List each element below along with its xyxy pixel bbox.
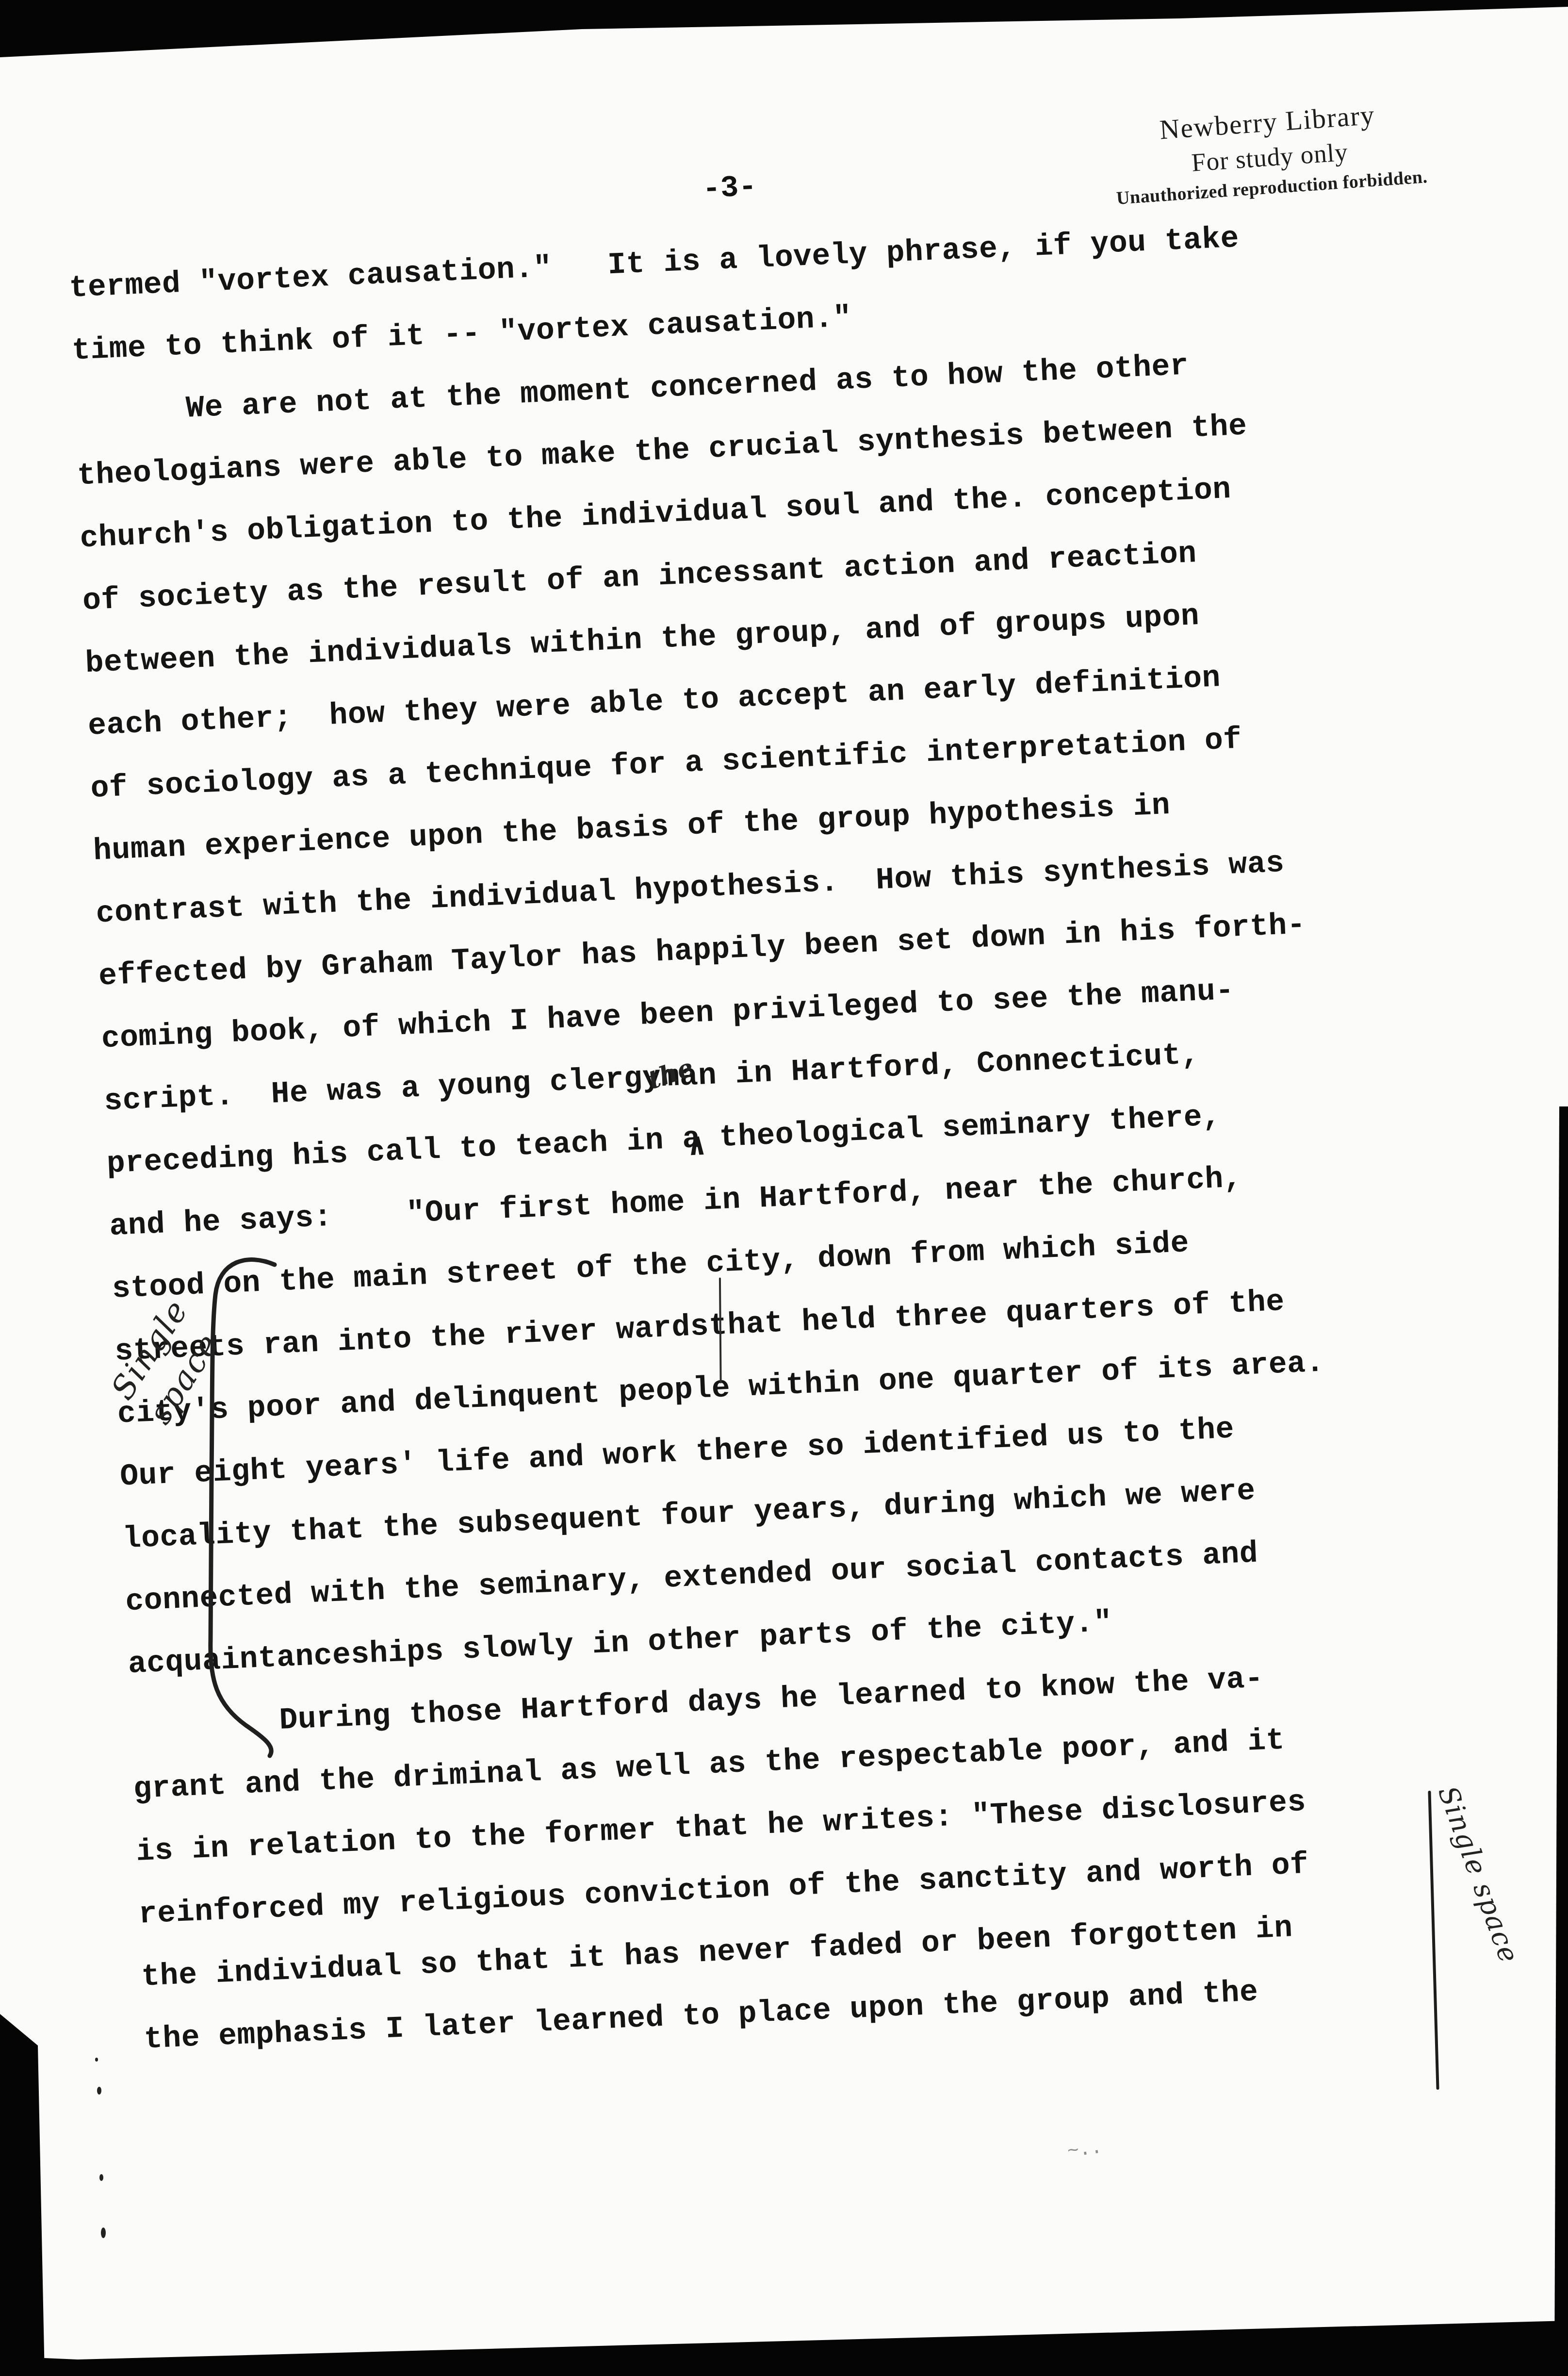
typescript-lines: termed "vortex causation." It is a lovel…	[68, 196, 1568, 2071]
ink-speck	[97, 2087, 101, 2095]
scan-border-bottom	[0, 2318, 1568, 2376]
scan-border-left	[0, 2014, 46, 2376]
ink-speck	[99, 2174, 103, 2181]
scan-border-top	[0, 0, 1568, 58]
ink-speck	[101, 2227, 106, 2238]
page-number: -3-	[702, 169, 757, 207]
insertion-caret-mark: ∧	[686, 1126, 708, 1163]
scanned-typescript-page: { "stamp": { "line1": "Newberry Library"…	[0, 0, 1568, 2376]
ink-speck	[95, 2058, 98, 2062]
library-stamp: Newberry Library For study only Unauthor…	[1058, 92, 1481, 213]
typescript-body: termed "vortex causation." It is a lovel…	[68, 196, 1568, 2071]
stray-mark: ~..	[1066, 2137, 1104, 2163]
